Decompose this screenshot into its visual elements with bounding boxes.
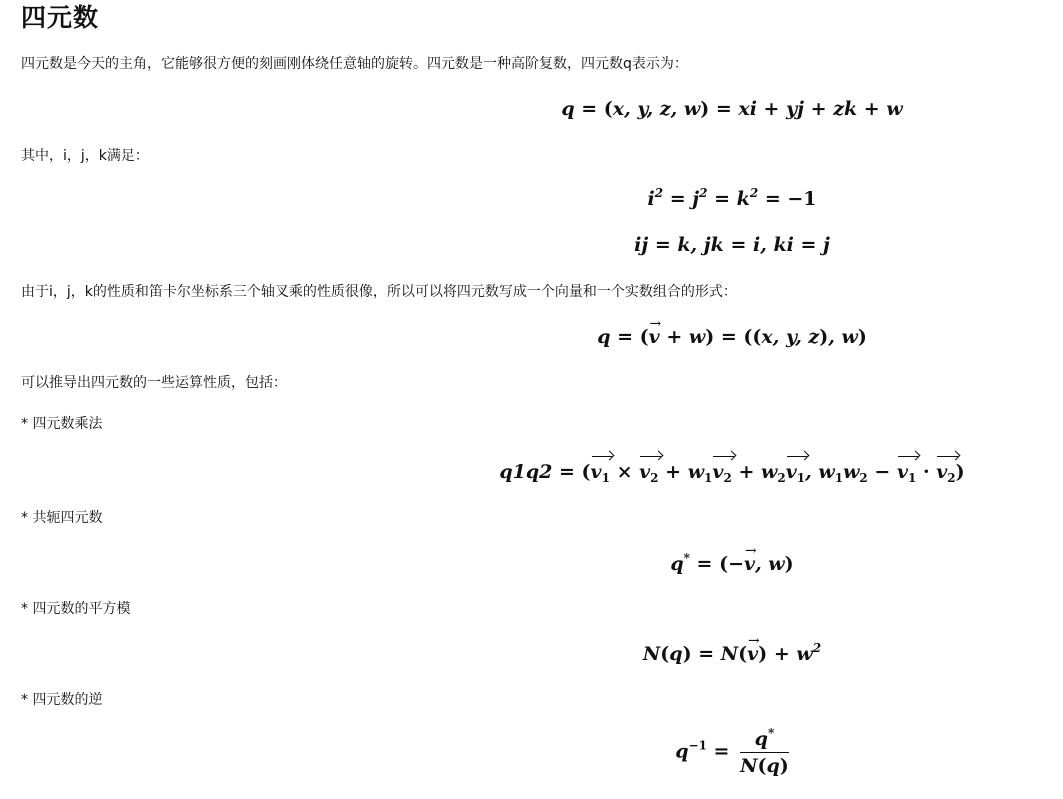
ijk-paragraph: 其中，i，j，k满足：	[21, 146, 149, 166]
equation-squares: i2 = j2 = k2 = −1	[21, 186, 1063, 212]
bullet-conjugate: * 共轭四元数	[21, 508, 102, 528]
equation-products: ij = k, jk = i, ki = j	[21, 232, 1063, 258]
bullet-norm: * 四元数的平方模	[21, 599, 130, 619]
fraction: q* N(q)	[740, 728, 789, 777]
equation-multiplication: q1q2 = (v1 × v2 + w1v2 + w2v1, w1w2 − v1…	[21, 459, 1063, 485]
intro-paragraph: 四元数是今天的主角，它能够很方便的刻画刚体绕任意轴的旋转。四元数是一种高阶复数，…	[21, 54, 688, 74]
vector-v: v	[649, 324, 660, 350]
equation-vector-form: q = (v + w) = ((x, y, z), w)	[21, 324, 1063, 350]
vector-form-paragraph: 由于i，j，k的性质和笛卡尔坐标系三个轴叉乘的性质很像，所以可以将四元数写成一个…	[21, 282, 737, 302]
properties-paragraph: 可以推导出四元数的一些运算性质，包括：	[21, 373, 287, 393]
equation-inverse: q−1 = q* N(q)	[21, 728, 1063, 777]
page-title: 四元数	[21, 2, 99, 34]
bullet-multiplication: * 四元数乘法	[21, 414, 102, 434]
equation-definition: q = (x, y, z, w) = xi + yj + zk + w	[21, 96, 1063, 122]
equation-conjugate: q* = (−v, w)	[21, 551, 1063, 577]
equation-norm: N(q) = N(v) + w2	[21, 641, 1063, 667]
bullet-inverse: * 四元数的逆	[21, 690, 102, 710]
